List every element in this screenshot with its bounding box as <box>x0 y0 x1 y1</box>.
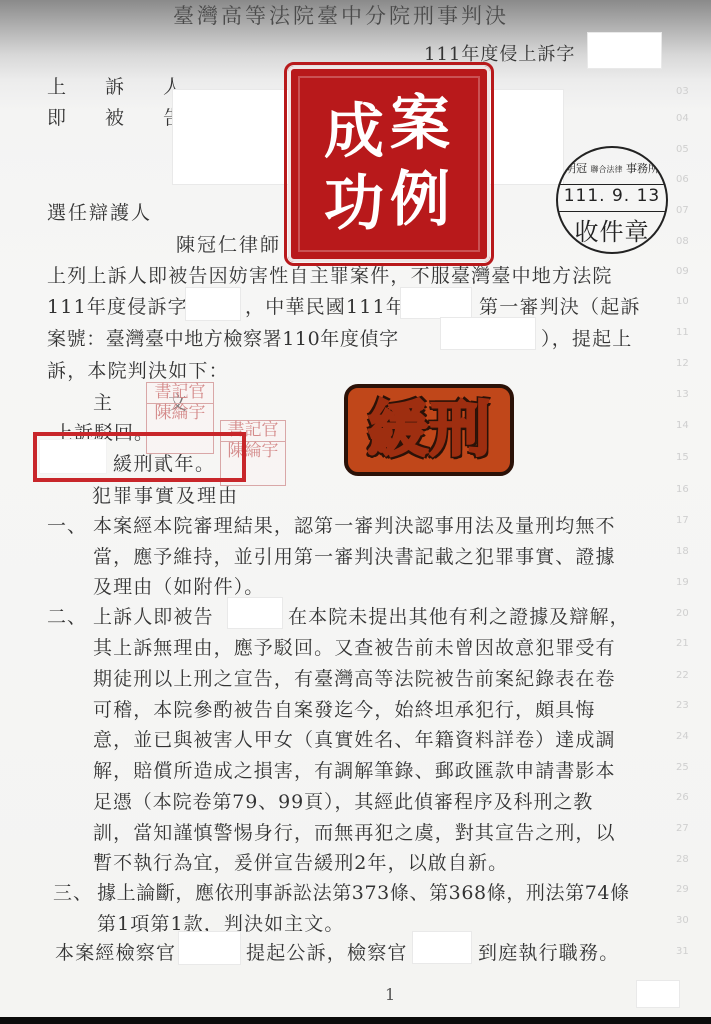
line-number: 30 <box>676 915 689 926</box>
line-number: 09 <box>676 266 689 277</box>
line-number: 31 <box>676 946 689 957</box>
reason-2-line-2: 其上訴無理由，應予駁回。又查被告前未曾因故意犯罪受有 <box>93 633 616 660</box>
line-number: 29 <box>676 884 689 895</box>
line-number: 24 <box>676 731 689 742</box>
intro-line-3a: 案號：臺灣臺中地方檢察署110年度偵字 <box>47 324 399 351</box>
line-number: 12 <box>676 358 689 369</box>
line-number: 13 <box>676 389 689 400</box>
redacted-defendant-name <box>227 597 283 629</box>
redacted-investigation-number <box>440 317 536 350</box>
closing-part-1: 本案經檢察官 <box>55 938 176 965</box>
reason-1-line-1: 本案經本院審理結果，認第一審判決認事用法及量刑均無不 <box>93 511 616 538</box>
defendant-label: 即 被 告 <box>47 103 192 130</box>
case-number-label: 111年度侵上訴字 <box>424 40 575 66</box>
line-number: 26 <box>676 792 689 803</box>
reason-3-num: 三、 <box>53 878 93 905</box>
reason-2-line-6: 解，賠償所造成之損害，有調解筆錄、郵政匯款申請書影本 <box>93 756 616 783</box>
stamp-date: 111. 9. 13 <box>558 186 666 206</box>
reason-1-line-2: 當，應予維持，並引用第一審判決書記載之犯罪事實、證據 <box>93 542 616 569</box>
intro-line-2c: 第一審判決（起訴 <box>479 292 641 319</box>
redacted-case-number <box>587 32 662 69</box>
suspended-sentence-banner: 緩刑 <box>350 388 510 472</box>
redacted-footer-code <box>636 980 680 1008</box>
page-number: 1 <box>385 985 400 1004</box>
received-stamp: 明冠 聯合法律 事務所 111. 9. 13 收件章 <box>556 146 668 254</box>
reason-2-line-1b: 在本院未提出其他有利之證據及辯解， <box>288 602 630 629</box>
line-number: 20 <box>676 608 689 619</box>
line-number: 16 <box>676 484 689 495</box>
stamp-label: 收件章 <box>558 212 666 247</box>
line-number: 17 <box>676 515 689 526</box>
intro-line-2b: ，中華民國111年 <box>245 292 406 319</box>
line-number: 23 <box>676 700 689 711</box>
reason-2-line-7: 足憑（本院卷第79、99頁），其經此偵審程序及科刑之教 <box>93 787 593 814</box>
judgment-page: 臺灣高等法院臺中分院刑事判決 111年度侵上訴字 上 訴 人 即 被 告 選任辯… <box>0 0 711 1017</box>
line-number: 06 <box>676 174 689 185</box>
line-number: 18 <box>676 546 689 557</box>
line-number: 22 <box>676 670 689 681</box>
defender-label: 選任辯護人 <box>47 198 152 225</box>
redacted-prosecutor-1 <box>178 931 241 965</box>
reason-2-line-1a: 上訴人即被告 <box>93 602 214 629</box>
suspended-sentence-highlight <box>33 432 246 482</box>
line-number: 14 <box>676 420 689 431</box>
seal-char: 成 <box>324 102 384 162</box>
closing-part-2: 提起公訴，檢察官 <box>246 938 408 965</box>
success-case-seal: 成 案 功 例 <box>288 66 490 262</box>
line-number: 05 <box>676 144 689 155</box>
redacted-first-instance-number <box>185 287 241 321</box>
reason-3-line-1: 據上論斷，應依刑事訴訟法第373條、第368條，刑法第74條 <box>97 878 630 905</box>
line-number: 28 <box>676 854 689 865</box>
redacted-prosecutor-2 <box>412 931 472 964</box>
defender-name: 陳冠仁律師 <box>176 230 281 257</box>
intro-line-1: 上列上訴人即被告因妨害性自主罪案件，不服臺灣臺中地方法院 <box>47 261 613 288</box>
court-title: 臺灣高等法院臺中分院刑事判決 <box>173 0 509 30</box>
reason-2-line-9: 暫不執行為宜，爰併宣告緩刑2年，以啟自新。 <box>93 848 508 875</box>
line-number: 19 <box>676 577 689 588</box>
stamp-firm-name: 明冠 聯合法律 事務所 <box>558 160 666 176</box>
line-number: 21 <box>676 638 689 649</box>
reason-1-line-3: 及理由（如附件）。 <box>93 572 264 599</box>
reason-2-line-8: 訓，當知謹慎警惕身行，而無再犯之虞，對其宣告之刑，以 <box>93 818 616 845</box>
line-number: 11 <box>676 327 689 338</box>
bottom-edge <box>0 1017 711 1024</box>
seal-char: 功 <box>324 174 384 234</box>
line-number: 25 <box>676 762 689 773</box>
reason-2-num: 二、 <box>47 602 87 629</box>
appellant-label: 上 訴 人 <box>47 72 192 99</box>
line-number: 10 <box>676 296 689 307</box>
line-number: 04 <box>676 113 689 124</box>
intro-line-2a: 111年度侵訴字 <box>47 292 188 319</box>
line-number: 03 <box>676 86 689 97</box>
seal-char: 例 <box>390 170 450 230</box>
reason-2-line-5: 意，並已與被害人甲女（真實姓名、年籍資料詳卷）達成調 <box>93 725 616 752</box>
redacted-judgment-date <box>400 287 472 319</box>
facts-heading: 犯罪事實及理由 <box>92 481 239 508</box>
line-number: 15 <box>676 452 689 463</box>
line-number: 27 <box>676 823 689 834</box>
reason-1-num: 一、 <box>47 511 87 538</box>
seal-char: 案 <box>390 94 450 154</box>
line-number: 08 <box>676 236 689 247</box>
intro-line-3b: ），提起上 <box>541 324 633 351</box>
closing-part-3: 到庭執行職務。 <box>478 938 619 965</box>
intro-line-4: 訴，本院判決如下： <box>47 356 229 383</box>
line-number: 07 <box>676 205 689 216</box>
reason-2-line-4: 可稽，本院參酌被告自案發迄今，始終坦承犯行，頗具悔 <box>93 695 596 722</box>
reason-2-line-3: 期徒刑以上刑之宣告，有臺灣高等法院被告前案紀錄表在卷 <box>93 664 616 691</box>
